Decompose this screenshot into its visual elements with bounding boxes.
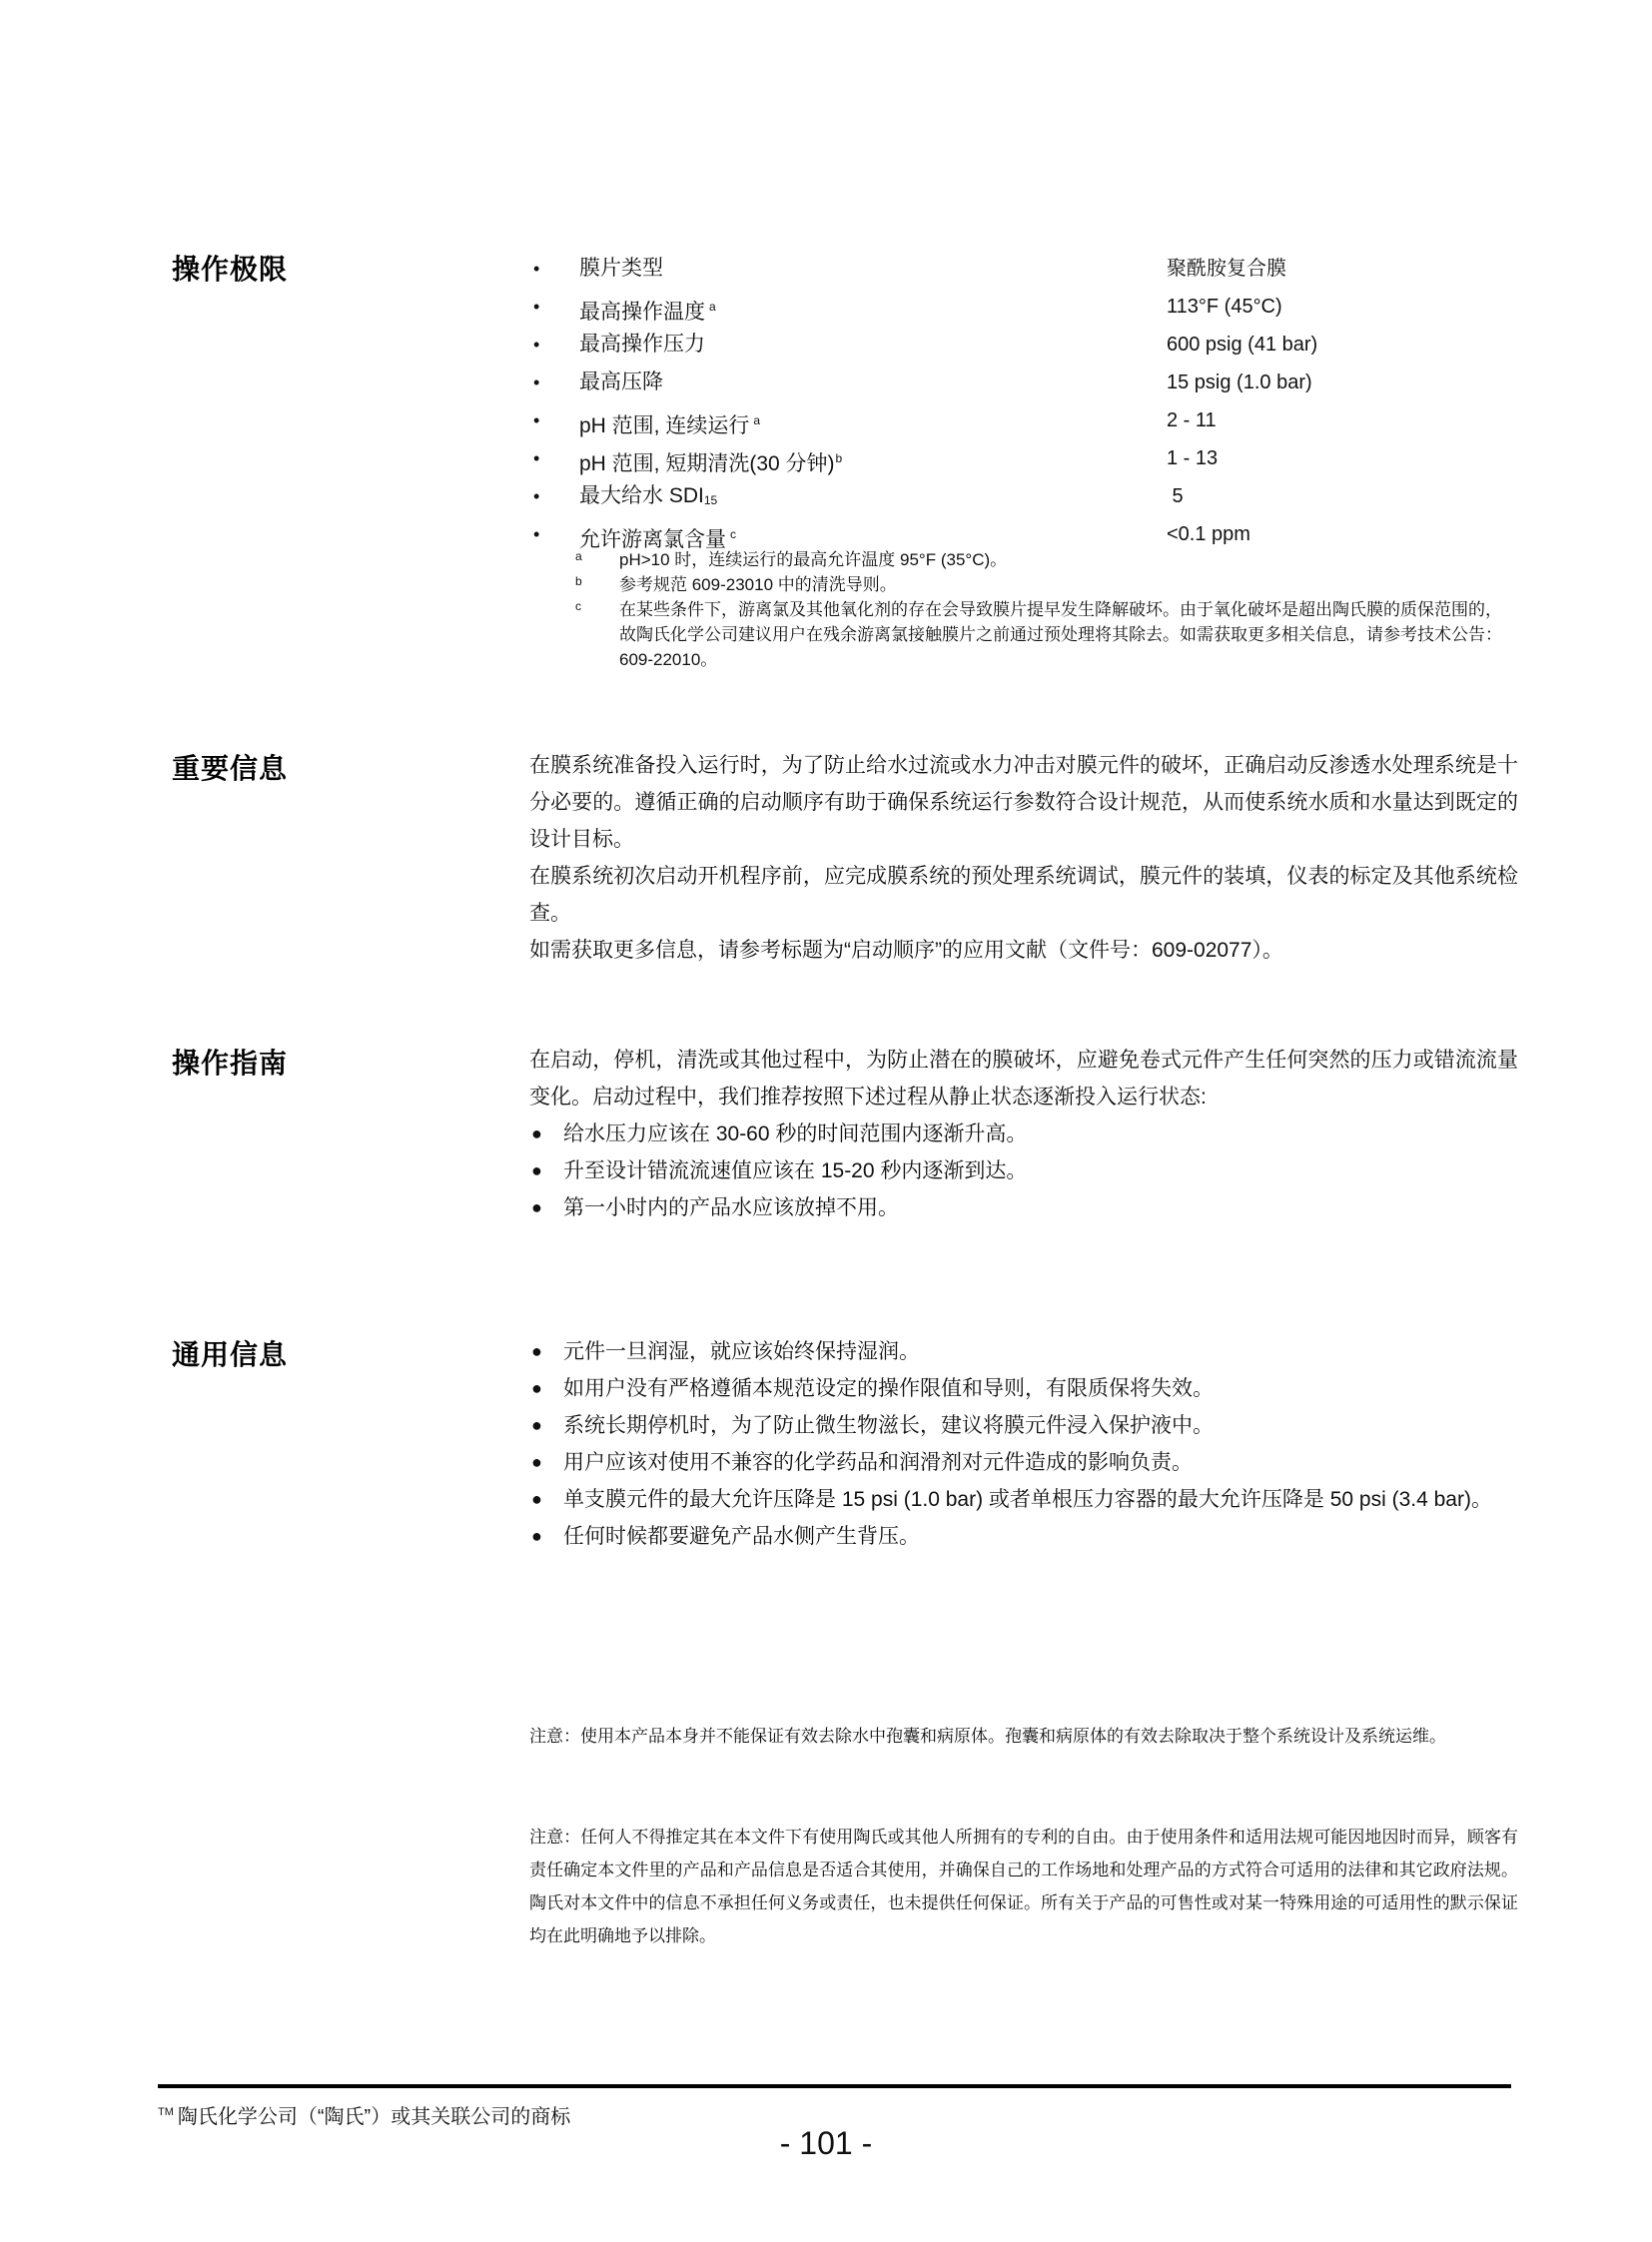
footnote-mark: b [575,569,582,594]
footnote-ref: a [753,413,760,427]
footnote-mark: a [575,544,582,569]
bullet-icon: • [533,250,539,288]
limit-value: 1 - 13 [1167,439,1218,477]
limit-value: 113°F (45°C) [1167,288,1282,326]
list-item: ● 升至设计错流流速值应该在 15-20 秒内逐渐到达。 [529,1152,1518,1189]
limit-value: 5 [1167,477,1184,515]
limit-value: 15 psig (1.0 bar) [1167,364,1312,401]
bullet-icon: • [533,515,539,553]
bullet-icon: ● [531,1370,542,1407]
list-item: ● 单支膜元件的最大允许压降是 15 psi (1.0 bar) 或者单根压力容… [529,1481,1518,1518]
bullet-icon: ● [531,1189,542,1226]
limit-row-ph-cleaning: • pH 范围, 短期清洗(30 分钟)b 1 - 13 [529,439,1528,477]
list-item: ● 任何时候都要避免产品水侧产生背压。 [529,1518,1518,1555]
limit-label: 最高压降 [579,364,663,401]
footnote-text: 参考规范 609-23010 中的清洗导则。 [619,575,897,594]
limit-row-max-feed-sdi: • 最大给水 SDI15 5 [529,477,1528,515]
footnotes: a pH>10 时，连续运行的最高允许温度 95°F (35°C)。 b 参考规… [569,547,1508,672]
limit-value: 600 psig (41 bar) [1167,326,1317,364]
footnote-ref: a [709,300,716,314]
bullet-icon: ● [531,1407,542,1444]
subscript: 15 [704,493,717,507]
bullet-icon: ● [531,1481,542,1518]
note-patent-disclaimer: 注意：任何人不得推定其在本文件下有使用陶氏或其他人所拥有的专利的自由。由于使用条… [529,1821,1518,1952]
bullet-icon: ● [531,1444,542,1481]
paragraph: 在启动，停机，清洗或其他过程中，为防止潜在的膜破坏，应避免卷式元件产生任何突然的… [529,1042,1518,1116]
limit-row-max-pressure: • 最高操作压力 600 psig (41 bar) [529,326,1528,364]
bullet-icon: • [533,401,539,439]
list-item: ● 系统长期停机时，为了防止微生物滋长，建议将膜元件浸入保护液中。 [529,1407,1518,1444]
bullet-icon: ● [531,1333,542,1370]
limit-label: 膜片类型 [579,250,663,288]
heading-important-info: 重要信息 [172,747,288,787]
bullet-icon: ● [531,1518,542,1555]
footnote-c: c 在某些条件下，游离氯及其他氧化剂的存在会导致膜片提早发生降解破坏。由于氧化破… [569,597,1508,672]
limit-value: 聚酰胺复合膜 [1167,250,1286,288]
list-item: ● 第一小时内的产品水应该放掉不用。 [529,1189,1518,1226]
heading-operation-guide: 操作指南 [172,1042,288,1082]
bullet-icon: ● [531,1152,542,1189]
bullet-icon: • [533,288,539,326]
bullet-icon: ● [531,1116,542,1152]
footnote-text: 在某些条件下，游离氯及其他氧化剂的存在会导致膜片提早发生降解破坏。由于氧化破坏是… [619,600,1502,669]
limit-label: 最大给水 SDI15 [579,477,717,519]
list-item: ● 给水压力应该在 30-60 秒的时间范围内逐渐升高。 [529,1116,1518,1152]
footnote-ref: c [730,527,736,541]
paragraph: 在膜系统初次启动开机程序前，应完成膜系统的预处理系统调试，膜元件的装填，仪表的标… [529,858,1518,932]
limit-value: 2 - 11 [1167,401,1217,439]
limit-label: 最高操作压力 [579,326,705,364]
paragraph: 如需获取更多信息，请参考标题为“启动顺序”的应用文献（文件号：609-02077… [529,932,1518,969]
footnote-ref: b [836,451,843,465]
limit-row-max-temperature: • 最高操作温度a 113°F (45°C) [529,288,1528,326]
bullet-icon: • [533,439,539,477]
list-item: ● 如用户没有严格遵循本规范设定的操作限值和导则，有限质保将失效。 [529,1370,1518,1407]
footnote-text: pH>10 时，连续运行的最高允许温度 95°F (35°C)。 [619,550,1007,569]
footer-divider [158,2084,1511,2088]
footnote-mark: c [575,594,581,619]
list-item: ● 用户应该对使用不兼容的化学药品和润滑剂对元件造成的影响负责。 [529,1444,1518,1481]
bullet-icon: • [533,477,539,515]
operating-limits-list: • 膜片类型 聚酰胺复合膜 • 最高操作温度a 113°F (45°C) • 最… [529,250,1528,553]
heading-operating-limits: 操作极限 [172,248,288,288]
operation-guide-body: 在启动，停机，清洗或其他过程中，为防止潜在的膜破坏，应避免卷式元件产生任何突然的… [529,1042,1518,1226]
important-info-body: 在膜系统准备投入运行时，为了防止给水过流或水力冲击对膜元件的破坏，正确启动反渗透… [529,747,1518,969]
footnote-b: b 参考规范 609-23010 中的清洗导则。 [569,572,1508,597]
limit-row-max-pressure-drop: • 最高压降 15 psig (1.0 bar) [529,364,1528,401]
list-item: ● 元件一旦润湿，就应该始终保持湿润。 [529,1333,1518,1370]
operation-guide-list: ● 给水压力应该在 30-60 秒的时间范围内逐渐升高。 ● 升至设计错流流速值… [529,1116,1518,1226]
bullet-icon: • [533,364,539,401]
general-info-body: ● 元件一旦润湿，就应该始终保持湿润。 ● 如用户没有严格遵循本规范设定的操作限… [529,1333,1518,1555]
bullet-icon: • [533,326,539,364]
page-number: - 101 - [0,2125,1652,2162]
heading-general-info: 通用信息 [172,1333,288,1373]
trademark-icon: TM [158,2106,174,2118]
footnote-a: a pH>10 时，连续运行的最高允许温度 95°F (35°C)。 [569,547,1508,572]
limit-row-membrane-type: • 膜片类型 聚酰胺复合膜 [529,250,1528,288]
note-pathogen-removal: 注意：使用本产品本身并不能保证有效去除水中孢囊和病原体。孢囊和病原体的有效去除取… [529,1720,1518,1753]
general-info-list: ● 元件一旦润湿，就应该始终保持湿润。 ● 如用户没有严格遵循本规范设定的操作限… [529,1333,1518,1555]
limit-row-ph-continuous: • pH 范围, 连续运行a 2 - 11 [529,401,1528,439]
paragraph: 在膜系统准备投入运行时，为了防止给水过流或水力冲击对膜元件的破坏，正确启动反渗透… [529,747,1518,858]
